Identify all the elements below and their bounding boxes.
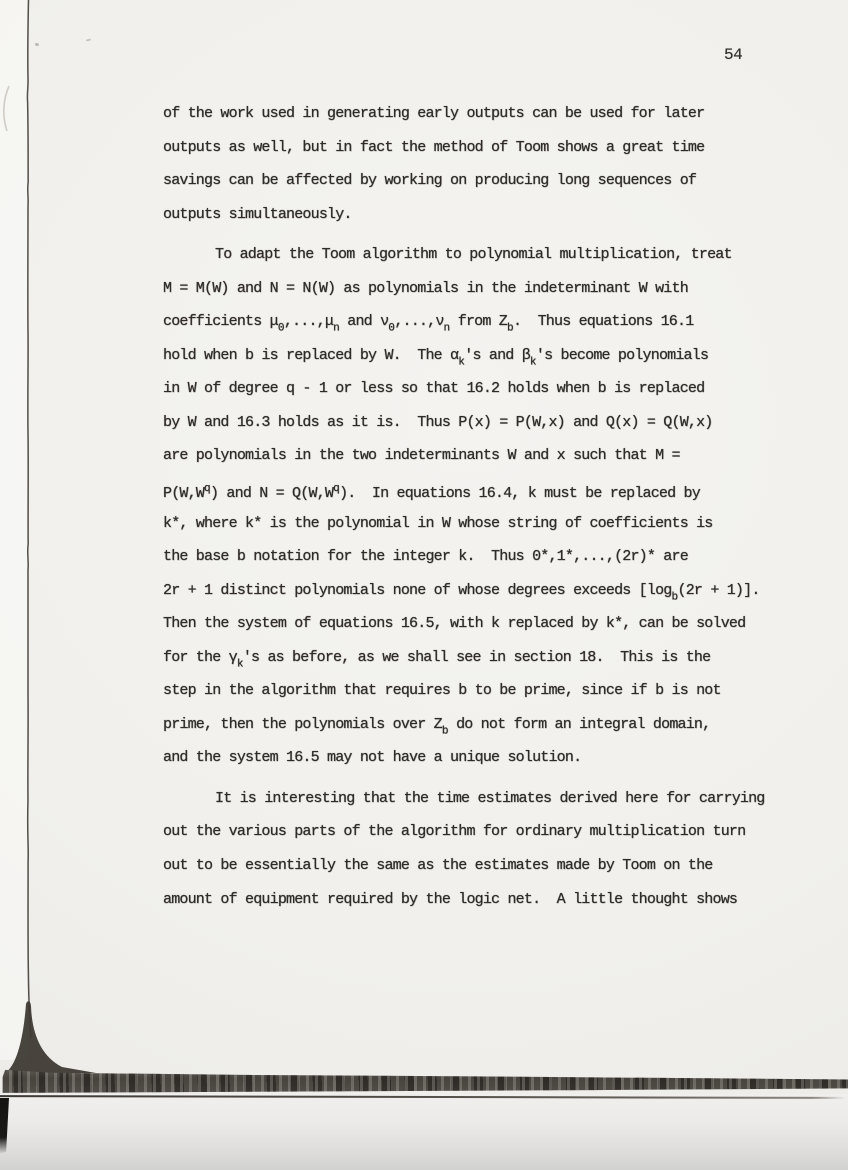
- text-line: amount of equipment required by the logi…: [163, 883, 793, 917]
- text-line: Then the system of equations 16.5, with …: [163, 607, 793, 641]
- text-line: 2r + 1 distinct polynomials none of whos…: [163, 574, 793, 608]
- text-line: prime, then the polynomials over Zb do n…: [163, 708, 793, 742]
- text-line: It is interesting that the time estimate…: [163, 782, 793, 816]
- text-line: k*, where k* is the polynomial in W whos…: [163, 507, 793, 541]
- scanned-page: 54 of the work used in generating early …: [0, 0, 848, 1170]
- paper-sheet: 54 of the work used in generating early …: [0, 0, 848, 1094]
- corner-crease-mark: [4, 86, 9, 131]
- page-curl-line: [0, 0, 110, 1094]
- text-block: of the work used in generating early out…: [163, 97, 793, 916]
- text-line: the base b notation for the integer k. T…: [163, 540, 793, 574]
- text-line: outputs as well, but in fact the method …: [163, 131, 793, 165]
- text-line: coefficients μ0,...,μn and ν0,...,νn fro…: [163, 305, 793, 339]
- page-number: 54: [724, 46, 742, 64]
- text-line: and the system 16.5 may not have a uniqu…: [163, 741, 793, 775]
- text-line: M = M(W) and N = N(W) as polynomials in …: [163, 272, 793, 306]
- desk-background: [0, 1094, 848, 1170]
- text-line: are polynomials in the two indeterminant…: [163, 439, 793, 473]
- page-edge-line: [27, 0, 31, 1038]
- text-line: out the various parts of the algorithm f…: [163, 815, 793, 849]
- text-line: outputs simultaneously.: [163, 198, 793, 232]
- text-line: out to be essentially the same as the es…: [163, 849, 793, 883]
- text-line: of the work used in generating early out…: [163, 97, 793, 131]
- page-edge-flare: [5, 1001, 96, 1073]
- text-line: step in the algorithm that requires b to…: [163, 674, 793, 708]
- text-line: savings can be affected by working on pr…: [163, 164, 793, 198]
- text-line: hold when b is replaced by W. The αk's a…: [163, 339, 793, 373]
- text-line: P(W,Wq) and N = Q(W,Wq). In equations 16…: [163, 473, 793, 507]
- text-line: by W and 16.3 holds as it is. Thus P(x) …: [163, 406, 793, 440]
- text-line: for the γk's as before, as we shall see …: [163, 641, 793, 675]
- text-line: in W of degree q - 1 or less so that 16.…: [163, 372, 793, 406]
- text-line: To adapt the Toom algorithm to polynomia…: [163, 238, 793, 272]
